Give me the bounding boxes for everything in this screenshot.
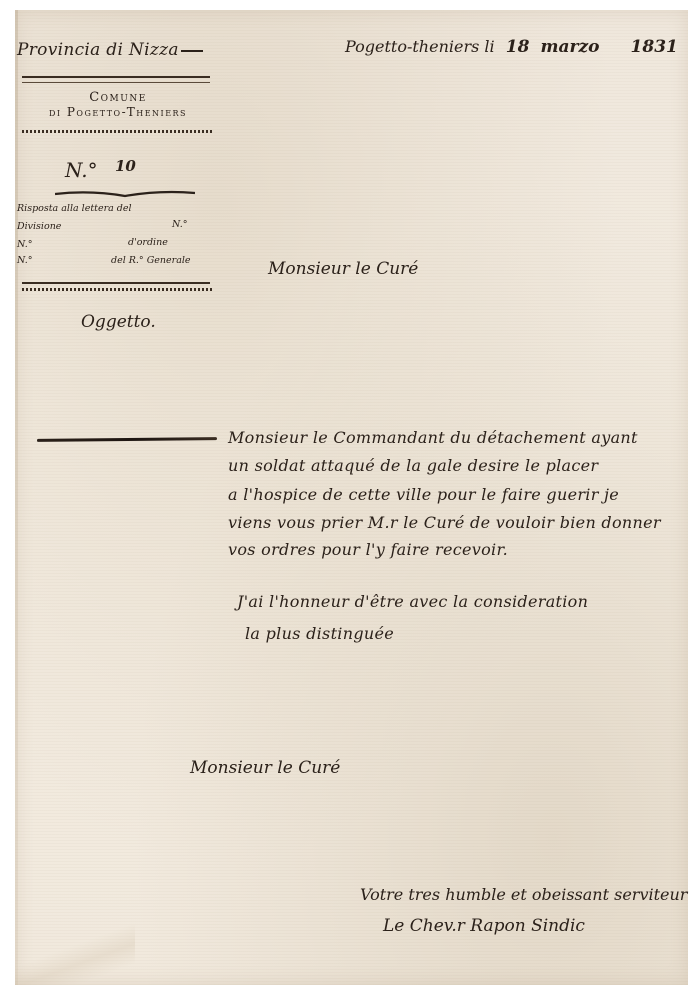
header-rule-dotted [22, 130, 212, 133]
closing-line-1: J'ai l'honneur d'être avec la considerat… [237, 592, 588, 611]
subject-rule-solid [22, 282, 210, 286]
dateline-place: Pogetto-theniers li [345, 37, 495, 56]
dateline-month: marzo [541, 37, 600, 57]
comune-block: Comune di Pogetto-Theniers [20, 90, 216, 119]
province-heading: Provincia di Nizza [17, 40, 203, 60]
comune-line1: Comune [20, 90, 216, 105]
body-line-2: un soldat attaqué de la gale desire le p… [228, 456, 598, 475]
closing-line-2: la plus distinguée [245, 624, 394, 643]
addressee-bottom: Monsieur le Curé [190, 758, 340, 778]
swash-ornament-icon [55, 190, 195, 198]
body-line-1: Monsieur le Commandant du détachement ay… [228, 428, 638, 447]
protocol-number-label: N.° [65, 158, 98, 182]
letter-paper: Provincia di Nizza Comune di Pogetto-The… [15, 10, 688, 985]
margin-rule [37, 437, 217, 442]
province-text: Provincia di Nizza [17, 40, 179, 60]
body-line-5: vos ordres pour l'y faire recevoir. [228, 540, 508, 559]
protocol-number-value: 10 [115, 157, 136, 175]
subject-label: Oggetto. [81, 312, 156, 332]
signature-line-1: Votre tres humble et obeissant serviteur [360, 885, 687, 904]
dateline: Pogetto-theniers li 18 marzo 1831 [345, 37, 678, 57]
paper-edge-crease [15, 10, 18, 985]
reply-n-label-left1: N.° [17, 239, 32, 250]
reply-n-label-right: N.° [172, 219, 187, 230]
dateline-day: 18 [506, 37, 530, 57]
subject-rule-dotted [22, 288, 212, 291]
paper-fold [15, 925, 135, 985]
salutation-top: Monsieur le Curé [268, 259, 418, 279]
dateline-year: 1831 [631, 37, 678, 57]
body-line-3: a l'hospice de cette ville pour le faire… [228, 485, 619, 504]
body-line-4: viens vous prier M.r le Curé de vouloir … [228, 513, 661, 532]
header-rule-top [22, 76, 210, 83]
signature-line-2: Le Chev.r Rapon Sindic [383, 916, 585, 936]
reply-line1: Risposta alla lettera del [17, 203, 132, 214]
reply-divisione-label: Divisione [17, 221, 61, 232]
reply-n-label-left2: N.° [17, 255, 32, 266]
reply-generale-label: del R.° Generale [111, 255, 191, 266]
reply-ordine-label: d'ordine [128, 237, 168, 248]
comune-line2: di Pogetto-Theniers [20, 105, 216, 119]
flourish-icon [181, 50, 203, 52]
